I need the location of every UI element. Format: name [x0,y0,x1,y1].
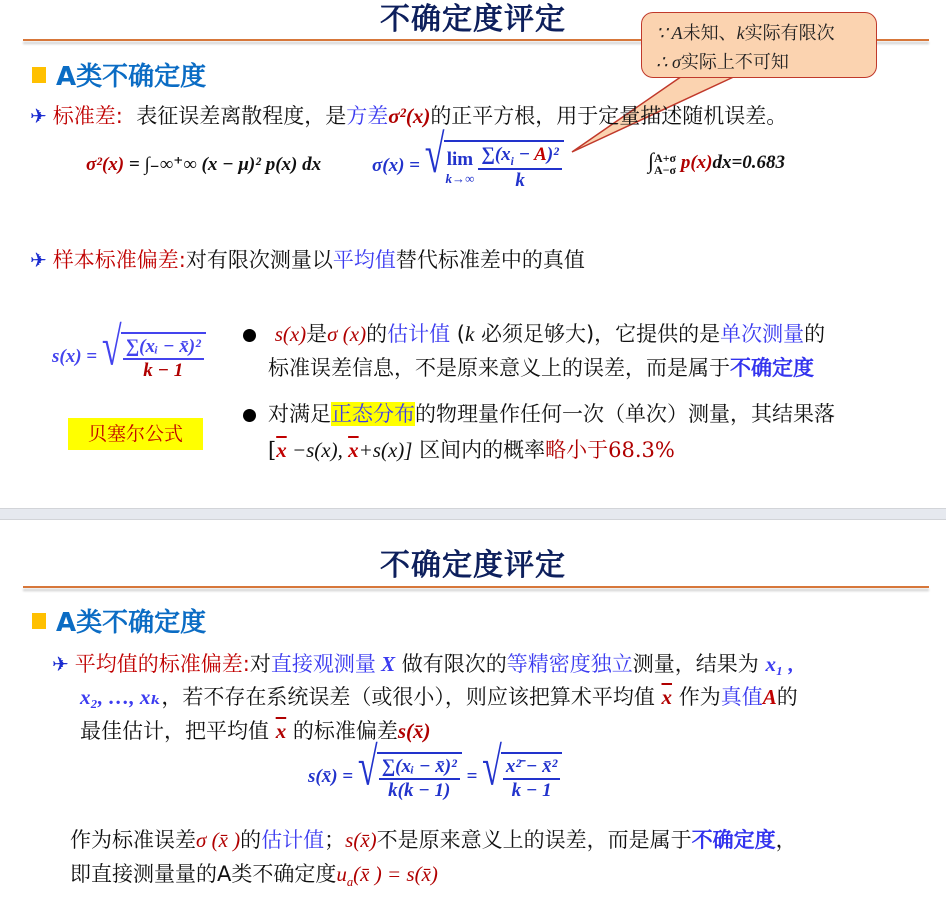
single-measurement-link: 单次测量 [720,322,804,346]
integrand: p(x) [681,152,713,173]
mean-std-lhs: s(x̄) = [308,766,353,787]
equal-precision-link: 等精密度独立 [507,652,633,676]
formula-probability: ∫A+σA−σ p(x)dx=0.683 [648,148,785,176]
variance-link: 方差 [346,104,388,128]
heading-text: A类不确定度 [56,56,206,93]
formula-sigma: σ(x) = √ limk→∞ ∑(xi − A)² k [372,140,564,192]
formula-variance: σ²(x) = ∫₋∞⁺∞ (x − μ)² p(x) dx [86,153,321,176]
bullet-2-line-2: [x −s(x), x+s(x)] 区间内的概率略小于68.3% [268,436,675,464]
plane-arrow-icon: ✈ [30,104,47,128]
lim: lim [447,149,473,171]
sigma-lhs: σ(x) = [372,155,420,176]
bessel-formula-badge: 贝塞尔公式 [68,418,203,450]
mean-std-label: 平均值的标准偏差: [75,652,250,676]
bullet-1-line-2: 标准误差信息，不是原来意义上的误差，而是属于不确定度 [268,354,814,382]
std-dev-line: ✈标准差: 表征误差离散程度，是方差σ²(x)的正平方根，用于定量描述随机误差。 [30,102,787,130]
std-dev-text-2: 的正平方根，用于定量描述随机误差。 [430,104,787,128]
bessel-lhs: s(x) = [52,346,97,367]
slide-title: 不确定度评定 [0,540,946,584]
normal-distribution-term: 正态分布 [331,402,415,426]
variance-rhs: = ∫₋∞⁺∞ (x − μ)² p(x) dx [129,154,321,175]
title-rule [23,586,929,588]
bullet-2-line-1: 对满足正态分布的物理量作任何一次（单次）测量，其结果落 [243,400,835,428]
estimate-link: 估计值 [261,828,324,852]
sample-std-line: ✈样本标准偏差:对有限次测量以平均值替代标准差中的真值 [30,246,585,274]
mean-std-line-2: x₂, …, xₖ，若不存在系统误差（或很小），则应该把算术平均值 x 作为真值… [80,683,798,711]
mean-std-line-1: ✈平均值的标准偏差:对直接观测量 X 做有限次的等精密度独立测量，结果为 x₁ … [52,650,794,678]
mean-std-line-3: 最佳估计，把平均值 x 的标准偏差s(x̄) [80,717,431,745]
slide-separator [0,508,946,520]
callout-line-1: ∵ A未知、k实际有限次 [656,19,876,48]
estimate-link: 估计值 [387,322,450,346]
callout-note: ∵ A未知、k实际有限次 ∴ σ实际上不可知 [641,12,877,78]
section-heading: A类不确定度 [32,56,206,93]
callout-line-2: ∴ σ实际上不可知 [656,48,876,77]
sample-std-label: 样本标准偏差: [53,248,186,272]
bullet-dot-icon [243,329,256,342]
bessel-numerator: ∑(xᵢ − x̄)² [123,336,204,360]
conclusion-line-1: 作为标准误差σ (x̄ )的估计值；s(x̄)不是原来意义上的误差，而是属于不确… [70,826,797,854]
std-dev-text: 表征误差离散程度，是 [136,104,346,128]
slide-2: 不确定度评定 A类不确定度 ✈平均值的标准偏差:对直接观测量 X 做有限次的等精… [0,520,946,901]
bullet-dot-icon [243,409,256,422]
sigma-denominator: k [515,170,525,192]
conclusion-line-2: 即直接测量量的A类不确定度ua(x̄ ) = s(x̄) [70,860,438,896]
std-dev-label: 标准差: [53,104,123,128]
bullet-1-line-1: s(x)是σ (x)的估计值 (k 必须足够大)，它提供的是单次测量的 [243,320,825,348]
lim-sub: k→∞ [446,171,475,187]
sample-std-text: 对有限次测量以 [186,248,333,272]
plane-arrow-icon: ✈ [30,248,47,272]
formula-mean-std: s(x̄) = √ ∑(xᵢ − x̄)²k(k − 1) = √ x²̄ − … [308,752,562,802]
true-value-link: 真值 [721,685,763,709]
direct-measurement-link: 直接观测量 [271,652,376,676]
section-heading: A类不确定度 [32,602,206,639]
bullet-square-icon [32,613,46,629]
slide-1: 不确定度评定 A类不确定度 ∵ A未知、k实际有限次 ∴ σ实际上不可知 ✈标准… [0,0,946,508]
heading-text: A类不确定度 [56,602,206,639]
bessel-denominator: k − 1 [143,360,183,382]
plane-arrow-icon: ✈ [52,652,69,676]
uncertainty-term: 不确定度 [730,356,814,380]
mean-link: 平均值 [333,248,396,272]
formula-bessel: s(x) = √ ∑(xᵢ − x̄)² k − 1 [52,332,206,382]
variance-lhs: σ²(x) [86,154,124,175]
uncertainty-term: 不确定度 [692,828,776,852]
sample-std-text-2: 替代标准差中的真值 [396,248,585,272]
bullet-square-icon [32,67,46,83]
prob-rest: dx=0.683 [712,152,785,173]
